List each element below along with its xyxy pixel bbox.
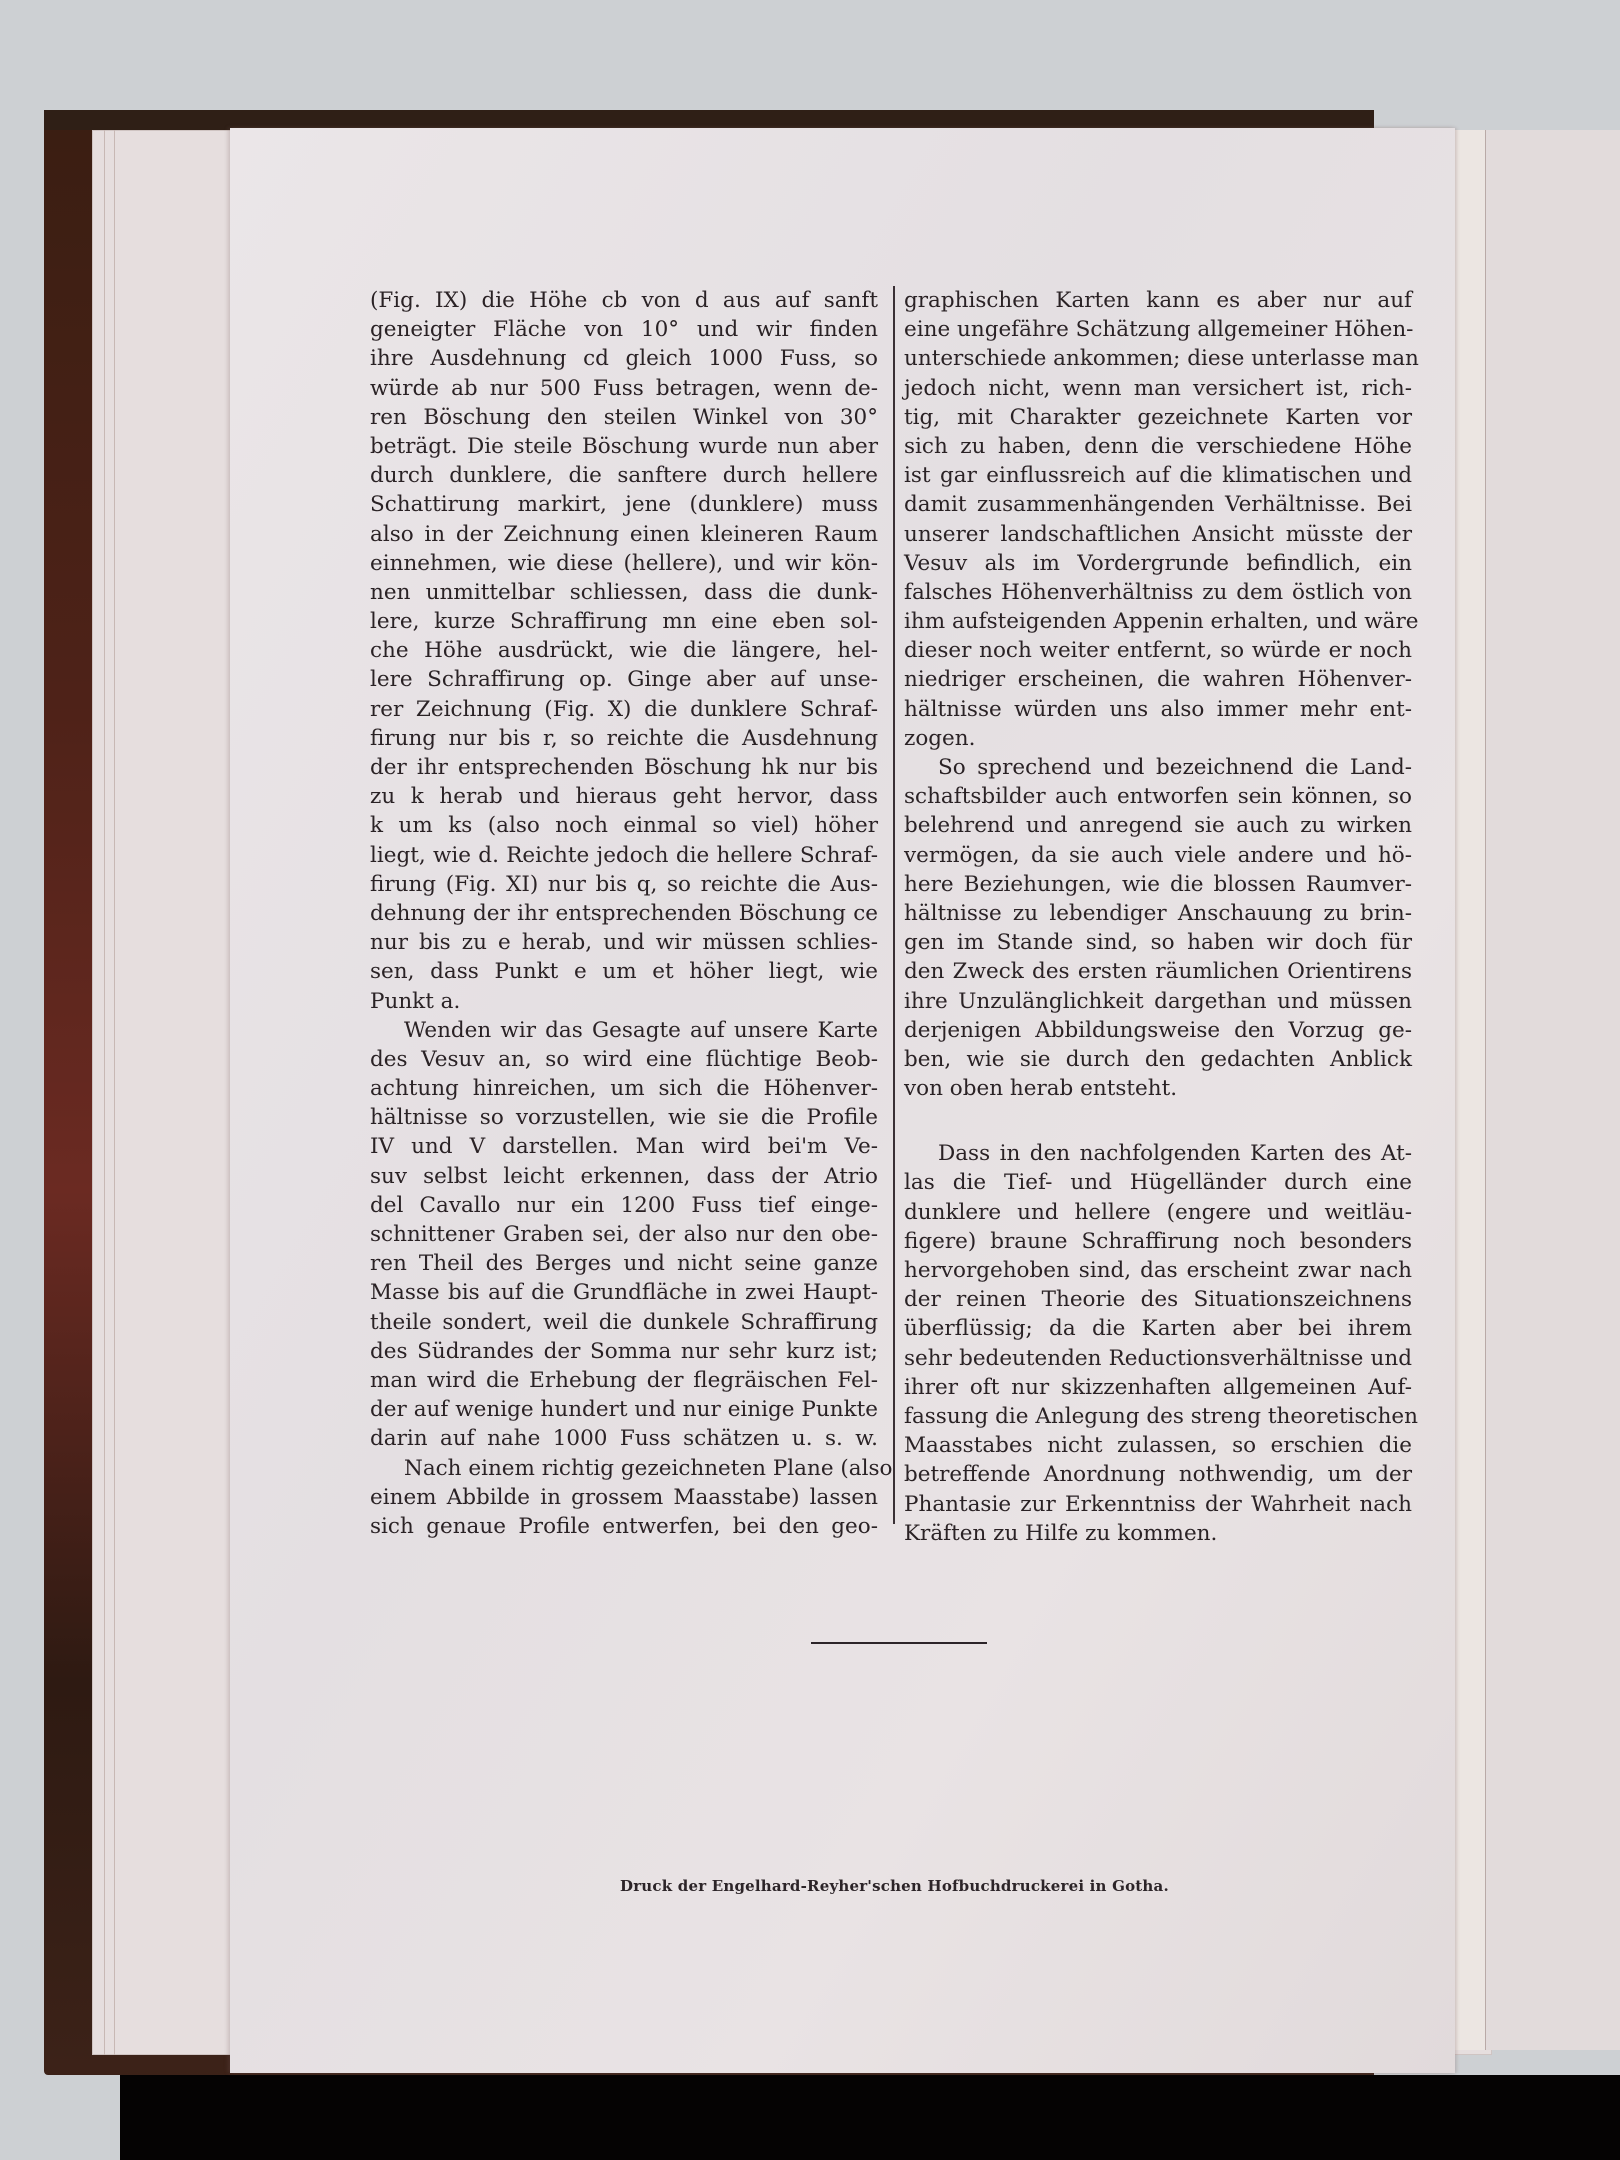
text-line: jedoch nicht, wenn man versichert ist, r… — [904, 374, 1412, 403]
text-line: ihm aufsteigenden Appenin erhalten, und … — [904, 607, 1412, 636]
text-line: dunklere und hellere (engere und weitläu… — [904, 1198, 1412, 1227]
text-line: sich genaue Profile entwerfen, bei den g… — [370, 1512, 878, 1541]
text-line: beträgt. Die steile Böschung wurde nun a… — [370, 432, 878, 461]
right-text-column: graphischen Karten kann es aber nur aufe… — [904, 286, 1412, 1548]
text-line: der auf wenige hundert und nur einige Pu… — [370, 1395, 878, 1424]
text-line: überflüssig; da die Karten aber bei ihre… — [904, 1314, 1412, 1343]
text-line: durch dunklere, die sanftere durch helle… — [370, 461, 878, 490]
text-line: von oben herab entsteht. — [904, 1074, 1412, 1103]
text-line: Nach einem richtig gezeichneten Plane (a… — [370, 1454, 878, 1483]
text-line: sehr bedeutenden Reductionsverhältnisse … — [904, 1344, 1412, 1373]
text-line: Punkt a. — [370, 987, 878, 1016]
text-line: ben, wie sie durch den gedachten Anblick — [904, 1045, 1412, 1074]
text-line: Masse bis auf die Grundfläche in zwei Ha… — [370, 1278, 878, 1307]
text-line: einem Abbilde in grossem Maasstabe) lass… — [370, 1483, 878, 1512]
text-line: zu k herab und hieraus geht hervor, dass — [370, 782, 878, 811]
text-line: graphischen Karten kann es aber nur auf — [904, 286, 1412, 315]
text-line: der reinen Theorie des Situationszeichne… — [904, 1285, 1412, 1314]
gutter-strip — [1455, 130, 1486, 2050]
text-line: man wird die Erhebung der flegräischen F… — [370, 1366, 878, 1395]
text-line: unserer landschaftlichen Ansicht müsste … — [904, 520, 1412, 549]
text-line: derjenigen Abbildungsweise den Vorzug ge… — [904, 1016, 1412, 1045]
text-line: sen, dass Punkt e um et höher liegt, wie — [370, 957, 878, 986]
text-line: Vesuv als im Vordergrunde befindlich, ei… — [904, 549, 1412, 578]
text-line: der ihr entsprechenden Böschung hk nur b… — [370, 753, 878, 782]
text-line: lere Schraffirung op. Ginge aber auf uns… — [370, 665, 878, 694]
text-line: nur bis zu e herab, und wir müssen schli… — [370, 928, 878, 957]
text-line: hältnisse würden uns also immer mehr ent… — [904, 695, 1412, 724]
text-line: k um ks (also noch einmal so viel) höher — [370, 811, 878, 840]
text-line: eine ungefähre Schätzung allgemeiner Höh… — [904, 315, 1412, 344]
paragraph-gap — [904, 1103, 1412, 1139]
text-line: ihre Unzulänglichkeit dargethan und müss… — [904, 987, 1412, 1016]
text-line: gen im Stande sind, so haben wir doch fü… — [904, 928, 1412, 957]
text-line: ren Böschung den steilen Winkel von 30° — [370, 403, 878, 432]
text-line: des Vesuv an, so wird eine flüchtige Beo… — [370, 1045, 878, 1074]
text-line: betreffende Anordnung nothwendig, um der — [904, 1460, 1412, 1489]
book-cover-top-edge — [44, 110, 1374, 130]
text-line: dehnung der ihr entsprechenden Böschung … — [370, 899, 878, 928]
text-line: hältnisse so vorzustellen, wie sie die P… — [370, 1103, 878, 1132]
text-line: hältnisse zu lebendiger Anschauung zu br… — [904, 899, 1412, 928]
text-line: Wenden wir das Gesagte auf unsere Karte — [370, 1016, 878, 1045]
text-line: ist gar einflussreich auf die klimatisch… — [904, 461, 1412, 490]
text-line: vermögen, da sie auch viele andere und h… — [904, 841, 1412, 870]
text-line: Kräften zu Hilfe zu kommen. — [904, 1519, 1412, 1548]
text-line: dieser noch weiter entfernt, so würde er… — [904, 636, 1412, 665]
end-rule — [811, 1642, 987, 1644]
text-line: theile sondert, weil die dunkele Schraff… — [370, 1308, 878, 1337]
text-line: fassung die Anlegung des streng theoreti… — [904, 1402, 1412, 1431]
text-line: ren Theil des Berges und nicht seine gan… — [370, 1249, 878, 1278]
text-line: Dass in den nachfolgenden Karten des At- — [904, 1139, 1412, 1168]
text-line: lere, kurze Schraffirung mn eine eben so… — [370, 607, 878, 636]
text-line: sich zu haben, denn die verschiedene Höh… — [904, 432, 1412, 461]
text-line: Schattirung markirt, jene (dunklere) mus… — [370, 490, 878, 519]
text-line: falsches Höhenverhältniss zu dem östlich… — [904, 578, 1412, 607]
text-line: (Fig. IX) die Höhe cb von d aus auf sanf… — [370, 286, 878, 315]
text-line: zogen. — [904, 724, 1412, 753]
printer-imprint: Druck der Engelhard-Reyher'schen Hofbuch… — [620, 1877, 1190, 1895]
text-line: tig, mit Charakter gezeichnete Karten vo… — [904, 403, 1412, 432]
text-line: ihrer oft nur skizzenhaften allgemeinen … — [904, 1373, 1412, 1402]
text-line: damit zusammenhängenden Verhältnisse. Be… — [904, 490, 1412, 519]
text-line: firung nur bis r, so reichte die Ausdehn… — [370, 724, 878, 753]
text-line: che Höhe ausdrückt, wie die längere, hel… — [370, 636, 878, 665]
text-line: So sprechend und bezeichnend die Land- — [904, 753, 1412, 782]
text-line: Maasstabes nicht zulassen, so erschien d… — [904, 1431, 1412, 1460]
text-line: liegt, wie d. Reichte jedoch die hellere… — [370, 841, 878, 870]
text-line: geneigter Fläche von 10° und wir finden — [370, 315, 878, 344]
text-line: suv selbst leicht erkennen, dass der Atr… — [370, 1162, 878, 1191]
text-line: würde ab nur 500 Fuss betragen, wenn de- — [370, 374, 878, 403]
text-line: hervorgehoben sind, das erscheint zwar n… — [904, 1256, 1412, 1285]
left-text-column: (Fig. IX) die Höhe cb von d aus auf sanf… — [370, 286, 878, 1541]
text-line: here Beziehungen, wie die blossen Raumve… — [904, 870, 1412, 899]
text-line: nen unmittelbar schliessen, dass die dun… — [370, 578, 878, 607]
text-line: firung (Fig. XI) nur bis q, so reichte d… — [370, 870, 878, 899]
text-line: achtung hinreichen, um sich die Höhenver… — [370, 1074, 878, 1103]
text-line: rer Zeichnung (Fig. X) die dunklere Schr… — [370, 695, 878, 724]
text-line: figere) braune Schraffirung noch besonde… — [904, 1227, 1412, 1256]
text-line: des Südrandes der Somma nur sehr kurz is… — [370, 1337, 878, 1366]
text-line: Phantasie zur Erkenntniss der Wahrheit n… — [904, 1490, 1412, 1519]
text-line: las die Tief- und Hügelländer durch eine — [904, 1168, 1412, 1197]
text-line: den Zweck des ersten räumlichen Orientir… — [904, 957, 1412, 986]
text-line: einnehmen, wie diese (hellere), und wir … — [370, 549, 878, 578]
text-line: niedriger erscheinen, die wahren Höhenve… — [904, 665, 1412, 694]
text-line: also in der Zeichnung einen kleineren Ra… — [370, 520, 878, 549]
text-line: IV und V darstellen. Man wird bei'm Ve- — [370, 1132, 878, 1161]
column-divider-rule — [893, 286, 895, 1524]
text-line: del Cavallo nur ein 1200 Fuss tief einge… — [370, 1191, 878, 1220]
text-line: ihre Ausdehnung cd gleich 1000 Fuss, so — [370, 344, 878, 373]
dark-shadow-below-book — [120, 2075, 1620, 2160]
text-line: schaftsbilder auch entworfen sein können… — [904, 782, 1412, 811]
text-line: unterschiede ankommen; diese unterlasse … — [904, 344, 1412, 373]
text-line: belehrend und anregend sie auch zu wirke… — [904, 811, 1412, 840]
text-line: schnittener Graben sei, der also nur den… — [370, 1220, 878, 1249]
text-line: darin auf nahe 1000 Fuss schätzen u. s. … — [370, 1424, 878, 1453]
